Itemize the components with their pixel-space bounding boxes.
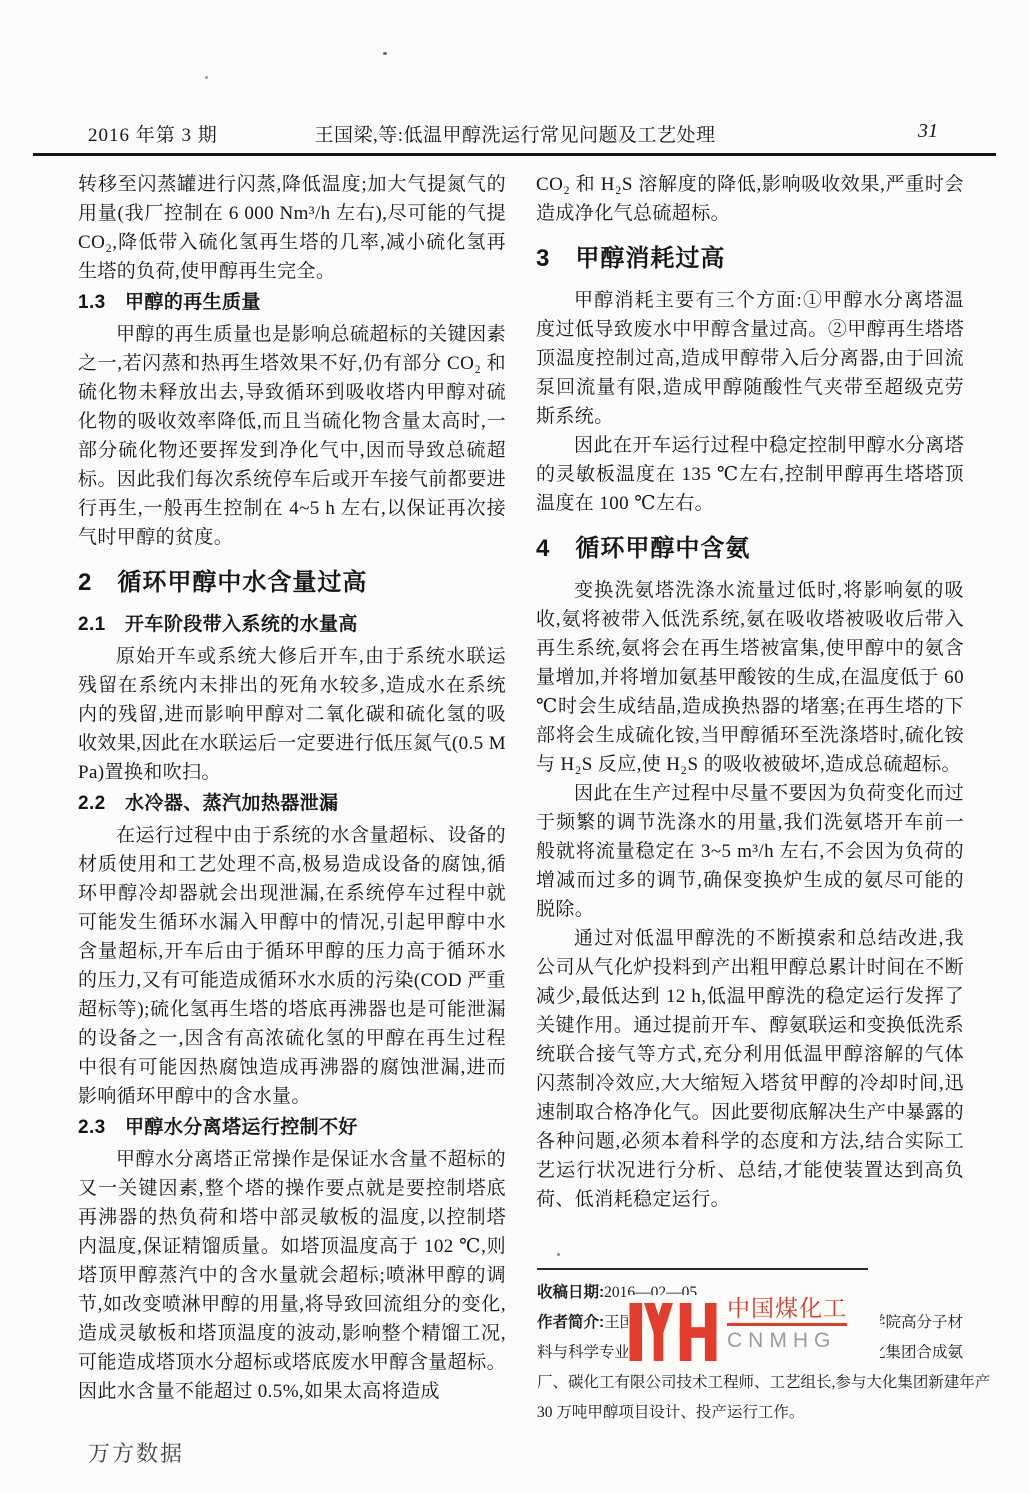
paragraph-2-3: 甲醇水分离塔正常操作是保证水含量不超标的又一关键因素,整个塔的操作要点就是要控制… xyxy=(78,1145,506,1406)
heading-2-1: 2.1 开车阶段带入系统的水量高 xyxy=(78,610,506,640)
left-column: 转移至闪蒸罐进行闪蒸,降低温度;加大气提氮气的用量(我厂控制在 6 000 Nm… xyxy=(78,170,506,1406)
running-title: 王国梁,等:低温甲醇洗运行常见问题及工艺处理 xyxy=(0,120,1030,147)
paragraph-3b: 因此在开车运行过程中稳定控制甲醇水分离塔的灵敏板温度在 135 ℃左右,控制甲醇… xyxy=(536,431,964,518)
journal-page-scan: 2016 年第 3 期 王国梁,等:低温甲醇洗运行常见问题及工艺处理 31 转移… xyxy=(0,0,1030,1494)
paragraph-2-2: 在运行过程中由于系统的水含量超标、设备的材质使用和工艺处理不高,极易造成设备的腐… xyxy=(78,821,506,1111)
right-column: CO₂ 和 H₂S 溶解度的降低,影响吸收效果,严重时会造成净化气总硫超标。 3… xyxy=(536,170,964,1214)
scan-speck xyxy=(205,76,208,79)
paragraph-3a: 甲醇消耗主要有三个方面:①甲醇水分离塔温度过低导致废水中甲醇含量过高。②甲醇再生… xyxy=(536,286,964,431)
footnote-rule xyxy=(537,1268,868,1270)
paragraph-4a: 变换洗氨塔洗涤水流量过低时,将影响氨的吸收,氨将被带入低洗系统,氨在吸收塔被吸收… xyxy=(536,576,964,779)
author-bio-label: 作者简介: xyxy=(537,1314,604,1331)
heading-2-2: 2.2 水冷器、蒸汽加热器泄漏 xyxy=(78,789,506,819)
heading-4: 4 循环甲醇中含氨 xyxy=(536,533,964,565)
author-bio-line-4: 30 万吨甲醇项目设计、投产运行工作。 xyxy=(537,1398,963,1428)
watermark-brand-cn: 中国煤化工 xyxy=(727,1295,847,1326)
paragraph-continued-left: 转移至闪蒸罐进行闪蒸,降低温度;加大气提氮气的用量(我厂控制在 6 000 Nm… xyxy=(78,170,506,286)
heading-3: 3 甲醇消耗过高 xyxy=(536,243,964,275)
paragraph-4c: 通过对低温甲醇洗的不断摸索和总结改进,我公司从气化炉投料到产出粗甲醇总累计时间在… xyxy=(536,924,964,1214)
heading-2: 2 循环甲醇中水含量过高 xyxy=(78,567,506,599)
author-bio-line-3: 厂、碳化工有限公司技术工程师、工艺组长,参与大化集团新建年产 xyxy=(537,1368,963,1398)
paragraph-4b: 因此在生产过程中尽量不要因为负荷变化而过于频繁的调节洗涤水的用量,我们洗氨塔开车… xyxy=(536,779,964,924)
heading-2-3: 2.3 甲醇水分离塔运行控制不好 xyxy=(78,1113,506,1143)
header-rule xyxy=(33,153,996,156)
scan-speck xyxy=(557,1253,560,1256)
page-number: 31 xyxy=(918,120,938,143)
received-date-label: 收稿日期: xyxy=(537,1284,604,1301)
scan-speck xyxy=(383,52,387,55)
paragraph-2-1: 原始开车或系统大修后开车,由于系统水联运残留在系统内未排出的死角水较多,造成水在… xyxy=(78,642,506,787)
cnmhg-watermark: 中国煤化工 CNMHG xyxy=(628,1295,880,1367)
wanfang-data-mark: 万方数据 xyxy=(88,1437,184,1468)
myh-monogram-icon xyxy=(628,1303,718,1361)
paragraph-1-3: 甲醇的再生质量也是影响总硫超标的关键因素之一,若闪蒸和热再生塔效果不好,仍有部分… xyxy=(78,320,506,552)
paragraph-continued-right: CO₂ 和 H₂S 溶解度的降低,影响吸收效果,严重时会造成净化气总硫超标。 xyxy=(536,170,964,228)
watermark-brand-latin: CNMHG xyxy=(727,1326,847,1356)
watermark-text: 中国煤化工 CNMHG xyxy=(727,1295,847,1356)
heading-1-3: 1.3 甲醇的再生质量 xyxy=(78,288,506,318)
